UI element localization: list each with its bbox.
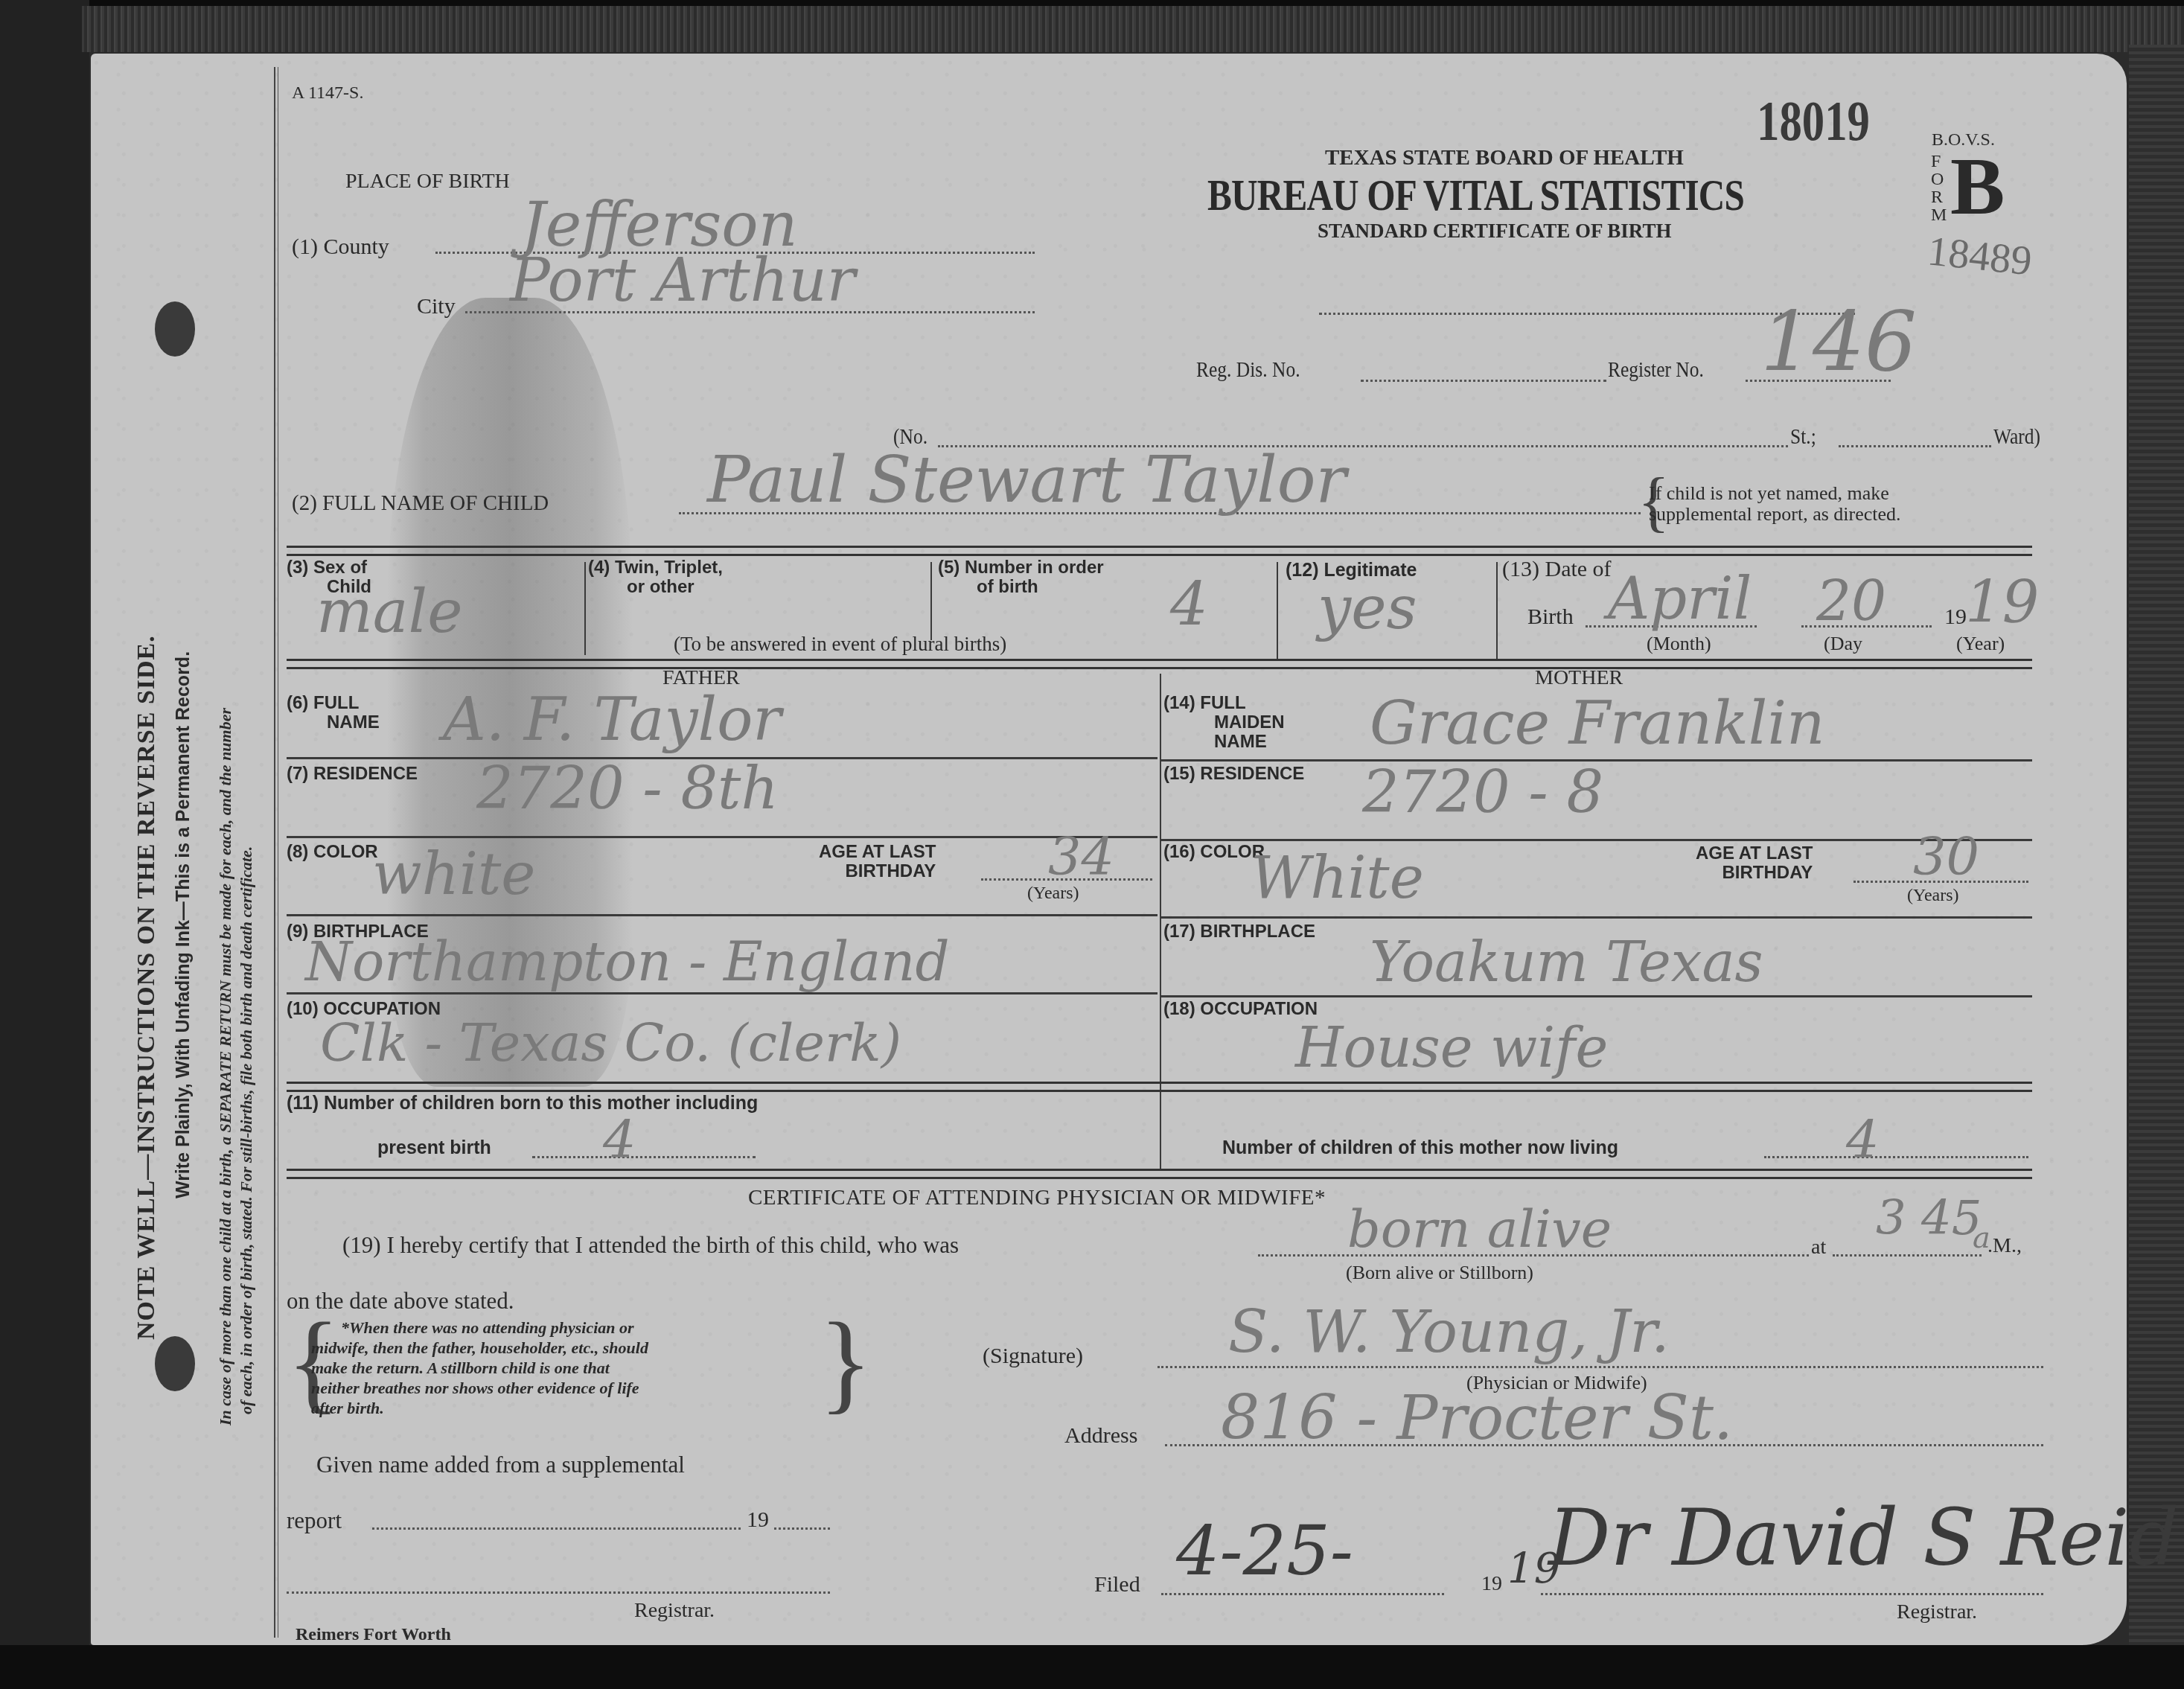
order-label: (5) Number in orderof birth xyxy=(938,558,1104,597)
divider-3-4 xyxy=(584,562,586,655)
mother-heading: MOTHER xyxy=(1535,666,1623,690)
father-name-label: (6) FULLNAME xyxy=(287,694,380,732)
certificate-number: 18019 xyxy=(1757,89,1870,154)
report-year-line xyxy=(774,1527,830,1530)
time-line xyxy=(1833,1254,1982,1257)
form-label: FORM xyxy=(1931,153,1946,224)
legitimate-value[interactable]: yes xyxy=(1318,573,1417,642)
given-name-label: Given name added from a supplemental xyxy=(316,1452,685,1478)
reg-dis-label: Reg. Dis. No. xyxy=(1196,357,1300,383)
mother-age-label2: BIRTHDAY xyxy=(1722,863,1813,883)
father-residence-value[interactable]: 2720 - 8th xyxy=(476,756,779,823)
stillborn-note-1: *When there was no attending physician o… xyxy=(311,1318,648,1338)
mother-age-value[interactable]: 30 xyxy=(1913,826,1979,887)
father-name-value[interactable]: A. F. Taylor xyxy=(443,685,782,754)
born-alive-caption: (Born alive or Stillborn) xyxy=(1346,1262,1533,1284)
unnamed-note-1: If child is not yet named, make xyxy=(1649,482,1889,505)
certify-statement: (19) I hereby certify that I attended th… xyxy=(342,1232,959,1259)
physician-signature[interactable]: S. W. Young, Jr. xyxy=(1228,1299,1670,1366)
report-line xyxy=(372,1527,741,1530)
birth-status-value[interactable]: born alive xyxy=(1347,1198,1612,1259)
father-name-label2: NAME xyxy=(327,712,380,732)
birth-label: Birth xyxy=(1527,604,1574,630)
sex-label-num: (3) xyxy=(287,558,308,578)
stillborn-note: *When there was no attending physician o… xyxy=(311,1318,648,1418)
rule-mother-3 xyxy=(1161,916,2032,919)
scan-right-edge xyxy=(2129,45,2184,1682)
mother-name-label: (14) FULLMAIDENNAME xyxy=(1163,694,1285,752)
twin-label-text: Twin, Triplet, xyxy=(615,558,723,578)
rule-father-4 xyxy=(287,992,1158,994)
divider-5-12 xyxy=(1277,562,1278,659)
filed-date-line xyxy=(1161,1593,1444,1595)
mother-name-label1: FULL xyxy=(1200,693,1245,713)
street-label: St.; xyxy=(1790,424,1816,450)
registrar-signature[interactable]: Dr David S Reid xyxy=(1548,1492,2179,1583)
ward-label: Ward) xyxy=(1993,424,2040,450)
stillborn-note-3: make the return. A stillborn child is on… xyxy=(311,1358,648,1378)
children-living-label: Number of children of this mother now li… xyxy=(1222,1137,1618,1159)
plural-births-note-1: In case of more than one child at a birt… xyxy=(216,708,235,1425)
mother-birthplace-label: (17) BIRTHPLACE xyxy=(1163,922,1315,942)
agency-name: TEXAS STATE BOARD OF HEALTH xyxy=(1325,146,1684,170)
order-label-num: (5) xyxy=(938,558,960,578)
plural-births-note-2: of each, in order of birth, stated. For … xyxy=(237,846,256,1414)
write-plainly-note: Write Plainly, With Unfading Ink—This is… xyxy=(173,651,194,1198)
father-color-label: (8) COLOR xyxy=(287,842,378,863)
signature-line xyxy=(1158,1366,2043,1368)
father-age-value[interactable]: 34 xyxy=(1048,826,1114,887)
twin-label-text2: or other xyxy=(627,577,695,597)
bureau-title: BUREAU OF VITAL STATISTICS xyxy=(1207,170,1744,221)
children-born-line xyxy=(532,1156,756,1158)
children-born-value[interactable]: 4 xyxy=(603,1109,636,1170)
children-living-value[interactable]: 4 xyxy=(1846,1109,1880,1170)
mother-color-label: (16) COLOR xyxy=(1163,842,1265,863)
birth-month[interactable]: April xyxy=(1608,566,1752,633)
father-age-label2: BIRTHDAY xyxy=(846,861,936,881)
divider-4-5 xyxy=(930,562,932,640)
birth-year-prefix: 19 xyxy=(1944,604,1967,630)
scan-bottom-edge xyxy=(0,1645,2184,1689)
scan-left-edge xyxy=(0,0,89,1689)
unnamed-note-2: supplemental report, as directed. xyxy=(1649,503,1901,526)
rule-father-2 xyxy=(287,836,1158,838)
left-registrar-line xyxy=(287,1591,830,1594)
order-value[interactable]: 4 xyxy=(1170,569,1208,639)
city-label: City xyxy=(417,294,456,319)
county-label: (1) County xyxy=(292,234,389,260)
rule-2 xyxy=(287,659,2032,669)
order-label-text2: of birth xyxy=(977,577,1038,597)
report-label: report xyxy=(287,1507,342,1534)
father-residence-label: (7) RESIDENCE xyxy=(287,764,418,785)
mother-residence-value[interactable]: 2720 - 8 xyxy=(1362,759,1603,826)
sex-label-text: Sex of xyxy=(313,558,367,578)
register-value[interactable]: 146 xyxy=(1760,294,1917,389)
twin-label-num: (4) xyxy=(588,558,610,578)
parents-divider xyxy=(1160,674,1161,1169)
at-label: at xyxy=(1811,1236,1826,1259)
rule-4 xyxy=(287,1169,2032,1179)
full-name-value[interactable]: Paul Stewart Taylor xyxy=(707,443,1347,517)
signature-label: (Signature) xyxy=(983,1344,1083,1369)
birth-time-value[interactable]: 3 45 xyxy=(1876,1191,1982,1246)
date-of-birth-label: (13) Date of xyxy=(1502,557,1612,582)
present-birth-label: present birth xyxy=(377,1137,491,1159)
registrar-label-right: Registrar. xyxy=(1897,1600,1977,1624)
note-well-heading: NOTE WELL—INSTRUCTIONS ON THE REVERSE SI… xyxy=(132,635,161,1340)
stillborn-note-5: after birth. xyxy=(311,1398,648,1418)
full-name-label: (2) FULL NAME OF CHILD xyxy=(292,491,549,516)
father-age-label: AGE AT LASTBIRTHDAY xyxy=(819,843,936,881)
stillborn-note-2: midwife, then the father, householder, e… xyxy=(311,1338,648,1358)
father-color-value[interactable]: white xyxy=(372,841,535,908)
rule-mother-4 xyxy=(1161,995,2032,997)
punch-hole-bottom xyxy=(155,1336,195,1391)
mother-color-value[interactable]: White xyxy=(1251,845,1424,912)
report-year-prefix: 19 xyxy=(747,1507,769,1533)
rule-mother-2 xyxy=(1161,839,2032,841)
reg-dis-line xyxy=(1361,380,1606,382)
mother-name-num: (14) xyxy=(1163,693,1195,713)
register-label: Register No. xyxy=(1608,357,1704,383)
m-label: .M., xyxy=(1987,1234,2022,1258)
filed-date[interactable]: 4-25- xyxy=(1176,1511,1353,1591)
divider-12-13 xyxy=(1496,562,1498,659)
mother-residence-label: (15) RESIDENCE xyxy=(1163,764,1304,785)
margin-rule xyxy=(274,67,278,1638)
children-born-label: (11) Number of children born to this mot… xyxy=(287,1093,758,1114)
filed-year-prefix: 19 xyxy=(1481,1572,1502,1596)
printer-imprint: Reimers Fort Worth xyxy=(296,1625,451,1645)
mother-birthplace-value[interactable]: Yoakum Texas xyxy=(1370,930,1763,994)
order-label-text: Number in order xyxy=(965,558,1104,578)
mother-name-value[interactable]: Grace Franklin xyxy=(1370,689,1825,758)
punch-hole-top xyxy=(155,301,195,357)
mother-name-label2: MAIDEN xyxy=(1214,712,1285,732)
rule-3 xyxy=(287,1082,2032,1092)
scan-binding-strip xyxy=(82,6,2184,52)
day-caption: (Day xyxy=(1824,633,1862,655)
mother-age-label: AGE AT LASTBIRTHDAY xyxy=(1696,844,1813,883)
sex-value[interactable]: male xyxy=(316,577,462,646)
stillborn-note-4: neither breathes nor shows other evidenc… xyxy=(311,1378,648,1398)
form-letter: B xyxy=(1950,145,2005,227)
father-occupation-value[interactable]: Clk - Texas Co. (clerk) xyxy=(320,1012,901,1073)
mother-occupation-value[interactable]: House wife xyxy=(1295,1016,1608,1080)
physician-address[interactable]: 816 - Procter St. xyxy=(1221,1383,1733,1454)
father-name-label1: FULL xyxy=(313,693,359,713)
plural-births-note: (To be answered in event of plural birth… xyxy=(674,633,1006,656)
registrar-label-left: Registrar. xyxy=(634,1599,715,1623)
filed-label: Filed xyxy=(1094,1572,1140,1597)
month-caption: (Month) xyxy=(1647,633,1711,655)
note-brace-right: } xyxy=(819,1306,872,1418)
ward-line xyxy=(1839,445,1991,447)
city-value[interactable]: Port Arthur xyxy=(510,246,855,315)
birth-year[interactable]: 19 xyxy=(1965,569,2039,636)
year-caption: (Year) xyxy=(1956,633,2005,655)
father-age-label1: AGE AT LAST xyxy=(819,842,936,862)
certificate-heading: CERTIFICATE OF ATTENDING PHYSICIAN OR MI… xyxy=(748,1186,1326,1210)
form-code: A 1147-S. xyxy=(292,83,363,103)
children-living-line xyxy=(1764,1156,2028,1158)
certificate-title: STANDARD CERTIFICATE OF BIRTH xyxy=(1318,220,1671,243)
mother-name-label3: NAME xyxy=(1214,732,1267,752)
twin-label: (4) Twin, Triplet,or other xyxy=(588,558,723,597)
rule-1 xyxy=(287,546,2032,556)
mother-age-label1: AGE AT LAST xyxy=(1696,843,1813,863)
father-name-num: (6) xyxy=(287,693,308,713)
registrar-signature-line xyxy=(1541,1593,2043,1595)
rule-father-3 xyxy=(287,914,1158,916)
father-years-label: (Years) xyxy=(1027,884,1079,904)
father-birthplace-value[interactable]: Northampton - England xyxy=(305,930,950,993)
address-label: Address xyxy=(1064,1423,1137,1449)
mother-years-label: (Years) xyxy=(1907,886,1959,906)
birth-day[interactable]: 20 xyxy=(1816,569,1886,633)
place-of-birth-heading: PLACE OF BIRTH xyxy=(345,170,510,194)
